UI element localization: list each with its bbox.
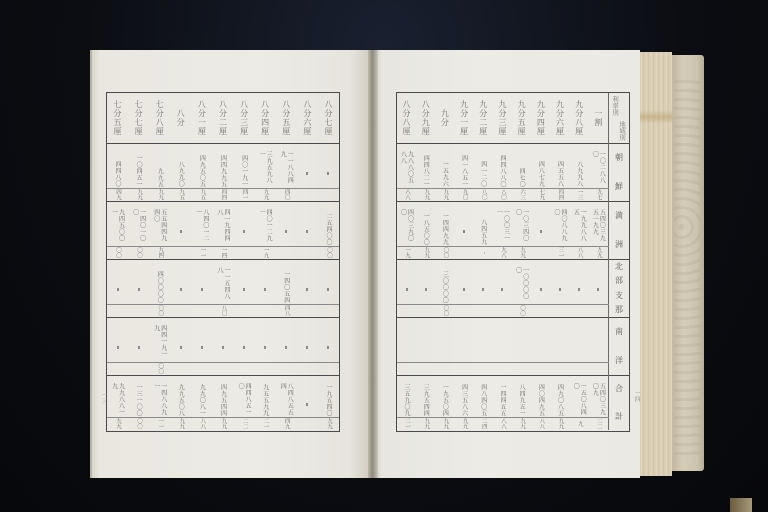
region-label: 朝鮮	[608, 143, 629, 201]
table-cell	[474, 317, 493, 375]
cell-count-text: 八八	[576, 247, 583, 258]
cell-amount-text: 一〇四五一	[135, 155, 142, 188]
cell-count-text: 〇〇	[114, 247, 121, 258]
rate-column-header: 一割	[589, 93, 608, 143]
cell-amount: 四四八五一〇	[234, 383, 255, 416]
cell-amount-text: 四四八五一〇	[237, 383, 251, 416]
empty-dash	[306, 288, 308, 291]
cell-count: 二二	[589, 418, 608, 429]
cell-amount-text: 一八五〇〇	[422, 213, 429, 246]
cell-count-text: 九〇	[461, 189, 468, 200]
cell-count-text: 七九	[537, 189, 544, 200]
cell-count-text: 〇〇	[518, 305, 525, 316]
empty-dash	[327, 288, 329, 291]
cell-amount: 一九九八八五	[570, 209, 589, 245]
cell-count: 四九	[107, 189, 128, 200]
table-cell: 九九八八一九九九	[107, 375, 128, 430]
table-cell: 一八五〇〇九九	[416, 201, 435, 259]
cell-amount-text: 九九五	[156, 168, 163, 188]
table-cell: 四〇一九一四一	[234, 143, 255, 201]
cell-count: 九九	[212, 418, 233, 429]
rate-column-header: 八分四厘	[255, 93, 276, 143]
table-cell: 九九〇八一八八	[191, 375, 212, 430]
cell-amount-text: 一〇〇〇〇〇	[515, 267, 529, 303]
cell-amount: 一四四五五	[493, 383, 512, 416]
region-block-1: 満洲五四〇三九五一九九九九一九九八八五八八四〇八八九〇三一一〇三四〇〇九九一〇〇…	[397, 201, 629, 260]
cell-count-text: 三一	[557, 247, 564, 258]
cell-amount: 九九〇八一	[191, 383, 212, 416]
cell-count: 〇〇	[318, 247, 339, 258]
table-cell: 四八七九七九	[531, 143, 550, 201]
empty-dash	[180, 346, 182, 349]
cell-amount-text: 四四九九五	[219, 155, 226, 188]
table-cell: 四〇〇〇〇〇〇	[149, 259, 170, 317]
cell-count: 三一	[550, 247, 569, 258]
table-cell: 三五九〇九二一	[397, 375, 416, 430]
cell-amount: 九九五〇八	[170, 383, 191, 416]
cell-count: 〇〇	[435, 247, 454, 258]
empty-dash	[306, 172, 308, 175]
empty-dash	[138, 288, 140, 291]
cell-count-text: -	[480, 252, 487, 254]
region-block-1: 二五四〇〇〇〇四〇一二九一一九四一九四四八一四八四〇一二一一一五五四四九四〇九四…	[107, 201, 339, 260]
cell-amount: 四一二〇	[474, 151, 493, 187]
cell-amount-text: 八九九〇	[177, 161, 184, 187]
table-cell	[234, 201, 255, 259]
cell-count: 四四	[212, 189, 233, 200]
cell-count: 九九	[170, 418, 191, 429]
cell-count: -	[474, 247, 493, 258]
table-cell: 一〇三四〇〇九九	[512, 201, 531, 259]
region-block-0: 朝鮮一〇二八八〇九七八九九八一三四五五八四四四八七九七九四七〇六三四四八八〇八〇…	[397, 143, 629, 202]
cell-amount: 一一五四八八	[212, 267, 233, 303]
cell-count: 九八	[493, 247, 512, 258]
cell-amount-text: 四四八〇	[114, 161, 121, 187]
cell-amount: 九四五〇〇一	[107, 209, 128, 245]
table-cell	[234, 259, 255, 317]
table-cell	[455, 201, 474, 259]
cell-amount-text: 一〇〇三一一	[495, 209, 509, 245]
cell-count: 八八	[570, 247, 589, 258]
table-cell	[435, 317, 454, 375]
cell-count: 九九	[550, 418, 569, 429]
cell-amount-text: 四九五四四	[219, 384, 226, 417]
region-label-char: 部	[615, 275, 623, 286]
cell-count-text: 一三	[576, 189, 583, 200]
cell-amount-text: 四〇八八九〇	[553, 209, 567, 245]
cell-count: 四四	[550, 189, 569, 200]
cell-amount: 一〇四五一	[128, 151, 149, 187]
water-stain	[640, 110, 672, 124]
table-cell: 四一八五一九〇	[455, 143, 474, 201]
cell-amount-text: 一九五四〇	[325, 384, 332, 417]
region-label-char: 鮮	[615, 181, 623, 192]
table-cell: 一九五〇四九九	[435, 375, 454, 430]
table-cell: 八九九〇九五	[170, 143, 191, 201]
cell-count-text: 二二	[595, 418, 602, 429]
table-cell: 四〇四九五八八	[531, 375, 550, 430]
empty-dash	[201, 288, 203, 291]
subtotal-rule	[107, 362, 339, 363]
cell-count-text: 九五	[177, 189, 184, 200]
table-cell: 五五四四九四〇九四	[149, 201, 170, 259]
cell-count: 九九	[107, 418, 128, 429]
cell-amount-text: 九四五〇〇一	[111, 209, 125, 245]
back-cover	[670, 55, 704, 471]
cell-count-text: 九九	[422, 418, 429, 429]
empty-dash	[578, 288, 580, 291]
table-cell: 一四四五五八八	[493, 375, 512, 430]
cell-amount-text: 四一九四四八	[216, 209, 230, 245]
cell-count-text: 一四	[219, 247, 226, 258]
cell-amount: 四八四〇五	[474, 383, 493, 416]
table-cell: 八四〇一二一一一	[191, 201, 212, 259]
cell-amount-text: 一四八八九一	[153, 383, 167, 416]
cell-amount: 九九五	[149, 151, 170, 187]
cell-count-text: 九九	[135, 189, 142, 200]
cell-amount-text: 四七〇	[518, 168, 525, 188]
table-cell	[170, 317, 191, 375]
table-cell: 四九〇八五九九	[550, 375, 569, 430]
left-rate-table: 八分七厘八分六厘八分五厘八分四厘八分三厘八分二厘八分一厘八分七分八厘七分七厘七分…	[106, 92, 340, 432]
cell-amount-text: 四〇一九一	[241, 155, 248, 188]
cell-amount-text: 二五四〇〇	[325, 213, 332, 246]
cell-amount: 四〇一九一	[234, 151, 255, 187]
cell-count: 一一	[149, 418, 170, 429]
table-cell: 四四一九一九〇〇	[149, 317, 170, 375]
table-cell: 一四〇五四四八	[276, 259, 297, 317]
table-cell	[512, 317, 531, 375]
table-cell	[297, 375, 318, 430]
subtotal-rule	[397, 246, 609, 247]
cell-amount: 四一八五一	[455, 151, 474, 187]
table-cell	[531, 259, 550, 317]
empty-dash	[482, 288, 484, 291]
cell-count: 四〇	[276, 189, 297, 200]
cell-amount: 三九五四四	[416, 383, 435, 416]
table-cell	[570, 317, 589, 375]
cell-count-text: 九九	[518, 418, 525, 429]
rate-column-header: 九分一厘	[455, 93, 474, 143]
cell-count: 〇〇	[107, 247, 128, 258]
cell-amount: 一八五〇〇	[416, 209, 435, 245]
cell-count-text: 一一	[198, 247, 205, 258]
cell-count-text: 九九	[219, 418, 226, 429]
cell-count-text: 九九	[177, 418, 184, 429]
cell-amount-text: 一四四五五	[499, 384, 506, 417]
cell-count: 九九	[416, 247, 435, 258]
table-cell	[493, 259, 512, 317]
cell-amount-text: 一一八八四九	[279, 151, 293, 187]
table-cell	[128, 259, 149, 317]
table-cell: 一五〇八四〇九	[570, 375, 589, 430]
cell-amount-text: 四八七九	[537, 161, 544, 187]
cell-count-text: 四一	[241, 189, 248, 200]
cell-amount-text: 四四一九一九	[153, 325, 167, 361]
cell-count-text: 四〇	[283, 189, 290, 200]
cell-amount-text: 一四〇五四	[283, 271, 290, 304]
empty-dash	[425, 288, 427, 291]
empty-dash	[243, 288, 245, 291]
cell-amount-text: 三〇〇〇〇	[441, 271, 448, 304]
cell-amount: 四五五八	[550, 151, 569, 187]
cell-count-text: 六三	[518, 189, 525, 200]
table-cell	[589, 317, 608, 375]
cell-amount: 四九五四四	[212, 383, 233, 416]
table-cell: 二五四〇〇〇〇	[318, 201, 339, 259]
table-cell	[589, 259, 608, 317]
table-cell: 五四〇三九五一九九九九	[589, 201, 608, 259]
cell-amount: 八四〇一二一	[191, 209, 212, 245]
cell-amount-text: 一〇三四〇〇	[515, 209, 529, 245]
table-cell	[416, 259, 435, 317]
cell-count: 八〇	[212, 305, 233, 316]
table-cell: 四五五八四四	[550, 143, 569, 201]
cell-amount: 四四八八〇	[493, 151, 512, 187]
cell-count-text: 九九	[518, 247, 525, 258]
cell-amount-text: 四〇一二九一	[258, 209, 272, 245]
rate-column-header: 八分	[170, 93, 191, 143]
cell-count: 二一	[397, 418, 416, 429]
cell-amount: 一九五〇四	[435, 383, 454, 416]
cell-amount-text: 一四〇一〇〇	[132, 209, 146, 245]
cell-count-text: 四四	[557, 189, 564, 200]
cell-count-text: 九九	[595, 247, 602, 258]
cell-count-text: 九九	[262, 189, 269, 200]
empty-dash	[559, 288, 561, 291]
table-cell: 三九五九八一九九	[255, 143, 276, 201]
cell-count-text: 八八	[198, 418, 205, 429]
cell-count: 八八	[191, 418, 212, 429]
table-cell: 一一八八四九四〇	[276, 143, 297, 201]
cell-amount-text: 三五九〇九	[403, 384, 410, 417]
region-label-char: 朝	[615, 152, 623, 163]
cell-count-text: 八〇	[499, 189, 506, 200]
rate-column-header: 九分六厘	[550, 93, 569, 143]
empty-dash	[306, 346, 308, 349]
cell-amount-text: 三九五九八一	[258, 151, 272, 187]
cell-amount: 一四八八九一	[149, 383, 170, 416]
cell-count: 七九	[531, 189, 550, 200]
empty-dash	[243, 346, 245, 349]
cell-count: 九九	[512, 247, 531, 258]
table-cell: 四七〇六三	[512, 143, 531, 201]
table-cell	[455, 317, 474, 375]
rate-column-header: 八分二厘	[212, 93, 233, 143]
empty-dash	[138, 346, 140, 349]
subtotal-rule	[397, 188, 609, 189]
subtotal-rule	[397, 362, 609, 363]
table-cell: 四四八五一〇二二	[234, 375, 255, 430]
cell-count-text: 四九	[283, 418, 290, 429]
cell-amount-text: 四三五八六	[461, 384, 468, 417]
table-cell	[550, 259, 569, 317]
rate-column-header: 九分	[435, 93, 454, 143]
table-cell: 四四八二一九九	[416, 143, 435, 201]
rate-column-header: 八分七厘	[318, 93, 339, 143]
table-cell	[255, 259, 276, 317]
table-cell	[297, 259, 318, 317]
table-cell	[474, 259, 493, 317]
table-cell	[255, 317, 276, 375]
cell-amount: 一五九六	[435, 151, 454, 187]
subtotal-rule	[397, 417, 609, 418]
cell-amount: 一三一〇〇	[128, 383, 149, 416]
cell-count: 一三	[570, 189, 589, 200]
right-rate-table: 利率別 地域別 一割九分八厘九分六厘九分四厘九分五厘九分三厘九分二厘九分一厘九分…	[396, 92, 630, 432]
cell-count-text: 〇〇	[156, 363, 163, 374]
table-cell: 四三五八六九九	[455, 375, 474, 430]
cell-count-text: 四四	[219, 189, 226, 200]
table-cell	[297, 201, 318, 259]
empty-dash	[264, 346, 266, 349]
cell-amount: 四〇四九五	[531, 383, 550, 416]
subtotal-rule	[397, 304, 609, 305]
cell-amount: 一〇二八八〇	[589, 151, 608, 187]
rate-column-header: 九分五厘	[512, 93, 531, 143]
table-cell: 四〇三九〇〇一九	[397, 201, 416, 259]
cell-count-text: 九九	[441, 189, 448, 200]
cell-count-text: 九九	[461, 418, 468, 429]
empty-dash	[243, 230, 245, 233]
table-cell: 四四八八〇八〇	[493, 143, 512, 201]
cell-count: 〇〇	[435, 305, 454, 316]
cell-count: 二一	[255, 418, 276, 429]
cell-count-text: 九九	[325, 418, 332, 429]
rate-column-header: 九分二厘	[474, 93, 493, 143]
empty-dash	[180, 288, 182, 291]
corner-header-cell: 利率別 地域別	[608, 93, 629, 143]
table-cell	[191, 317, 212, 375]
corner-header-rate: 利率別	[611, 96, 620, 116]
table-cell	[297, 317, 318, 375]
empty-dash	[180, 230, 182, 233]
cell-count: 八〇	[474, 189, 493, 200]
cell-count: 八八	[531, 418, 550, 429]
right-page-mark: 一四	[632, 390, 641, 402]
cell-count: 一九	[397, 247, 416, 258]
table-cell	[128, 317, 149, 375]
cell-amount: 四四八〇	[107, 151, 128, 187]
cell-amount-text: 一九五〇四	[441, 384, 448, 417]
region-label: 合計	[608, 375, 629, 430]
table-cell	[170, 201, 191, 259]
cell-amount-text: 四四八八〇	[499, 155, 506, 188]
table-cell	[107, 259, 128, 317]
cell-count-text: 九五	[198, 189, 205, 200]
empty-dash	[201, 346, 203, 349]
cell-count: 四八	[276, 305, 297, 316]
table-cell: 五四〇三九〇九二二	[589, 375, 608, 430]
cell-amount-text: 四〇〇〇〇	[156, 271, 163, 304]
table-cell	[531, 317, 550, 375]
cell-amount-text: 八四五九	[480, 219, 487, 245]
table-cell: 一〇二八八〇九七	[589, 143, 608, 201]
region-block-2: 北部支那一〇〇〇〇〇〇〇三〇〇〇〇〇〇	[397, 259, 629, 318]
cell-count-text: 〇〇	[135, 247, 142, 258]
left-header-row: 八分七厘八分六厘八分五厘八分四厘八分三厘八分二厘八分一厘八分七分八厘七分七厘七分…	[107, 93, 339, 144]
empty-dash	[117, 288, 119, 291]
rate-column-header: 八分六厘	[297, 93, 318, 143]
cell-amount-text: 一五九六	[441, 161, 448, 187]
subtotal-rule	[107, 188, 339, 189]
cell-count: 八八	[493, 418, 512, 429]
empty-dash	[540, 230, 542, 233]
cell-count: 〇〇	[149, 305, 170, 316]
cell-count: 九五	[191, 189, 212, 200]
table-cell: 四一九四四八一四	[212, 201, 233, 259]
cell-amount: 八四九五一	[512, 383, 531, 416]
table-cell: 四一二〇八〇	[474, 143, 493, 201]
cell-count-text: 八八	[403, 189, 410, 200]
right-header-row: 利率別 地域別 一割九分八厘九分六厘九分四厘九分五厘九分三厘九分二厘九分一厘九分…	[397, 93, 629, 144]
cell-count: 一一	[191, 247, 212, 258]
empty-dash	[117, 346, 119, 349]
cell-count: 八〇	[493, 189, 512, 200]
table-cell: 四八四〇五二四	[474, 375, 493, 430]
cell-amount-text: 九九〇八一	[198, 384, 205, 417]
cell-amount: 九五五九九	[255, 383, 276, 416]
table-cell	[276, 317, 297, 375]
cell-amount-text: 四八四〇五	[480, 384, 487, 417]
cell-count-text: 八八	[537, 418, 544, 429]
corner-header-region: 地域別	[618, 121, 627, 141]
table-cell	[212, 317, 233, 375]
cell-count-text: 九九	[557, 418, 564, 429]
cell-count-text: 九	[576, 421, 583, 427]
cell-amount: 四八七九	[531, 151, 550, 187]
table-cell: 九九五九九	[149, 143, 170, 201]
cell-count: 九九	[416, 418, 435, 429]
region-label-char: 合	[615, 383, 623, 394]
cell-amount-text: 三九五四四	[422, 384, 429, 417]
cell-count-text: 四九	[114, 189, 121, 200]
cell-amount: 九九八八一九	[107, 383, 128, 416]
cell-count-text: 〇〇	[135, 418, 142, 429]
cell-count-text: 二一	[403, 418, 410, 429]
table-cell: 一一五四八八八〇	[212, 259, 233, 317]
rate-column-header: 九分八厘	[570, 93, 589, 143]
cell-amount-text: 一三一〇〇	[135, 384, 142, 417]
region-label-char: 支	[615, 290, 623, 301]
region-block-4: 合計五四〇三九〇九二二一五〇八四〇九四九〇八五九九四〇四九五八八八四九五一九九一…	[397, 375, 629, 430]
rate-column-header: 八分九厘	[416, 93, 435, 143]
cell-amount: 四〇〇〇〇	[149, 267, 170, 303]
cell-amount: 四三五八六	[455, 383, 474, 416]
cell-amount: 九八八〇五八八	[397, 151, 416, 187]
cell-count-text: 九九	[441, 418, 448, 429]
empty-dash	[306, 403, 308, 406]
table-cell: 八四八五五四四九	[276, 375, 297, 430]
region-label-char: 洋	[615, 355, 623, 366]
cell-count-text: 二二	[241, 418, 248, 429]
cell-amount: 二五四〇〇	[318, 209, 339, 245]
cell-count-text: 一九	[403, 247, 410, 258]
table-cell: 八四九五一九九	[512, 375, 531, 430]
table-cell	[397, 259, 416, 317]
region-label: 南洋	[608, 317, 629, 375]
empty-dash	[222, 346, 224, 349]
table-cell	[276, 201, 297, 259]
cell-amount-text: 一一五四八八	[216, 267, 230, 303]
region-label-char: 洲	[615, 239, 623, 250]
rate-column-header: 九分三厘	[493, 93, 512, 143]
open-ledger-book: 八分七厘八分六厘八分五厘八分四厘八分三厘八分二厘八分一厘八分七分八厘七分七厘七分…	[0, 0, 768, 512]
rate-column-header: 八分一厘	[191, 93, 212, 143]
cell-count: 〇〇	[128, 247, 149, 258]
cell-amount-text: 四九五〇五	[198, 155, 205, 188]
table-cell	[107, 317, 128, 375]
